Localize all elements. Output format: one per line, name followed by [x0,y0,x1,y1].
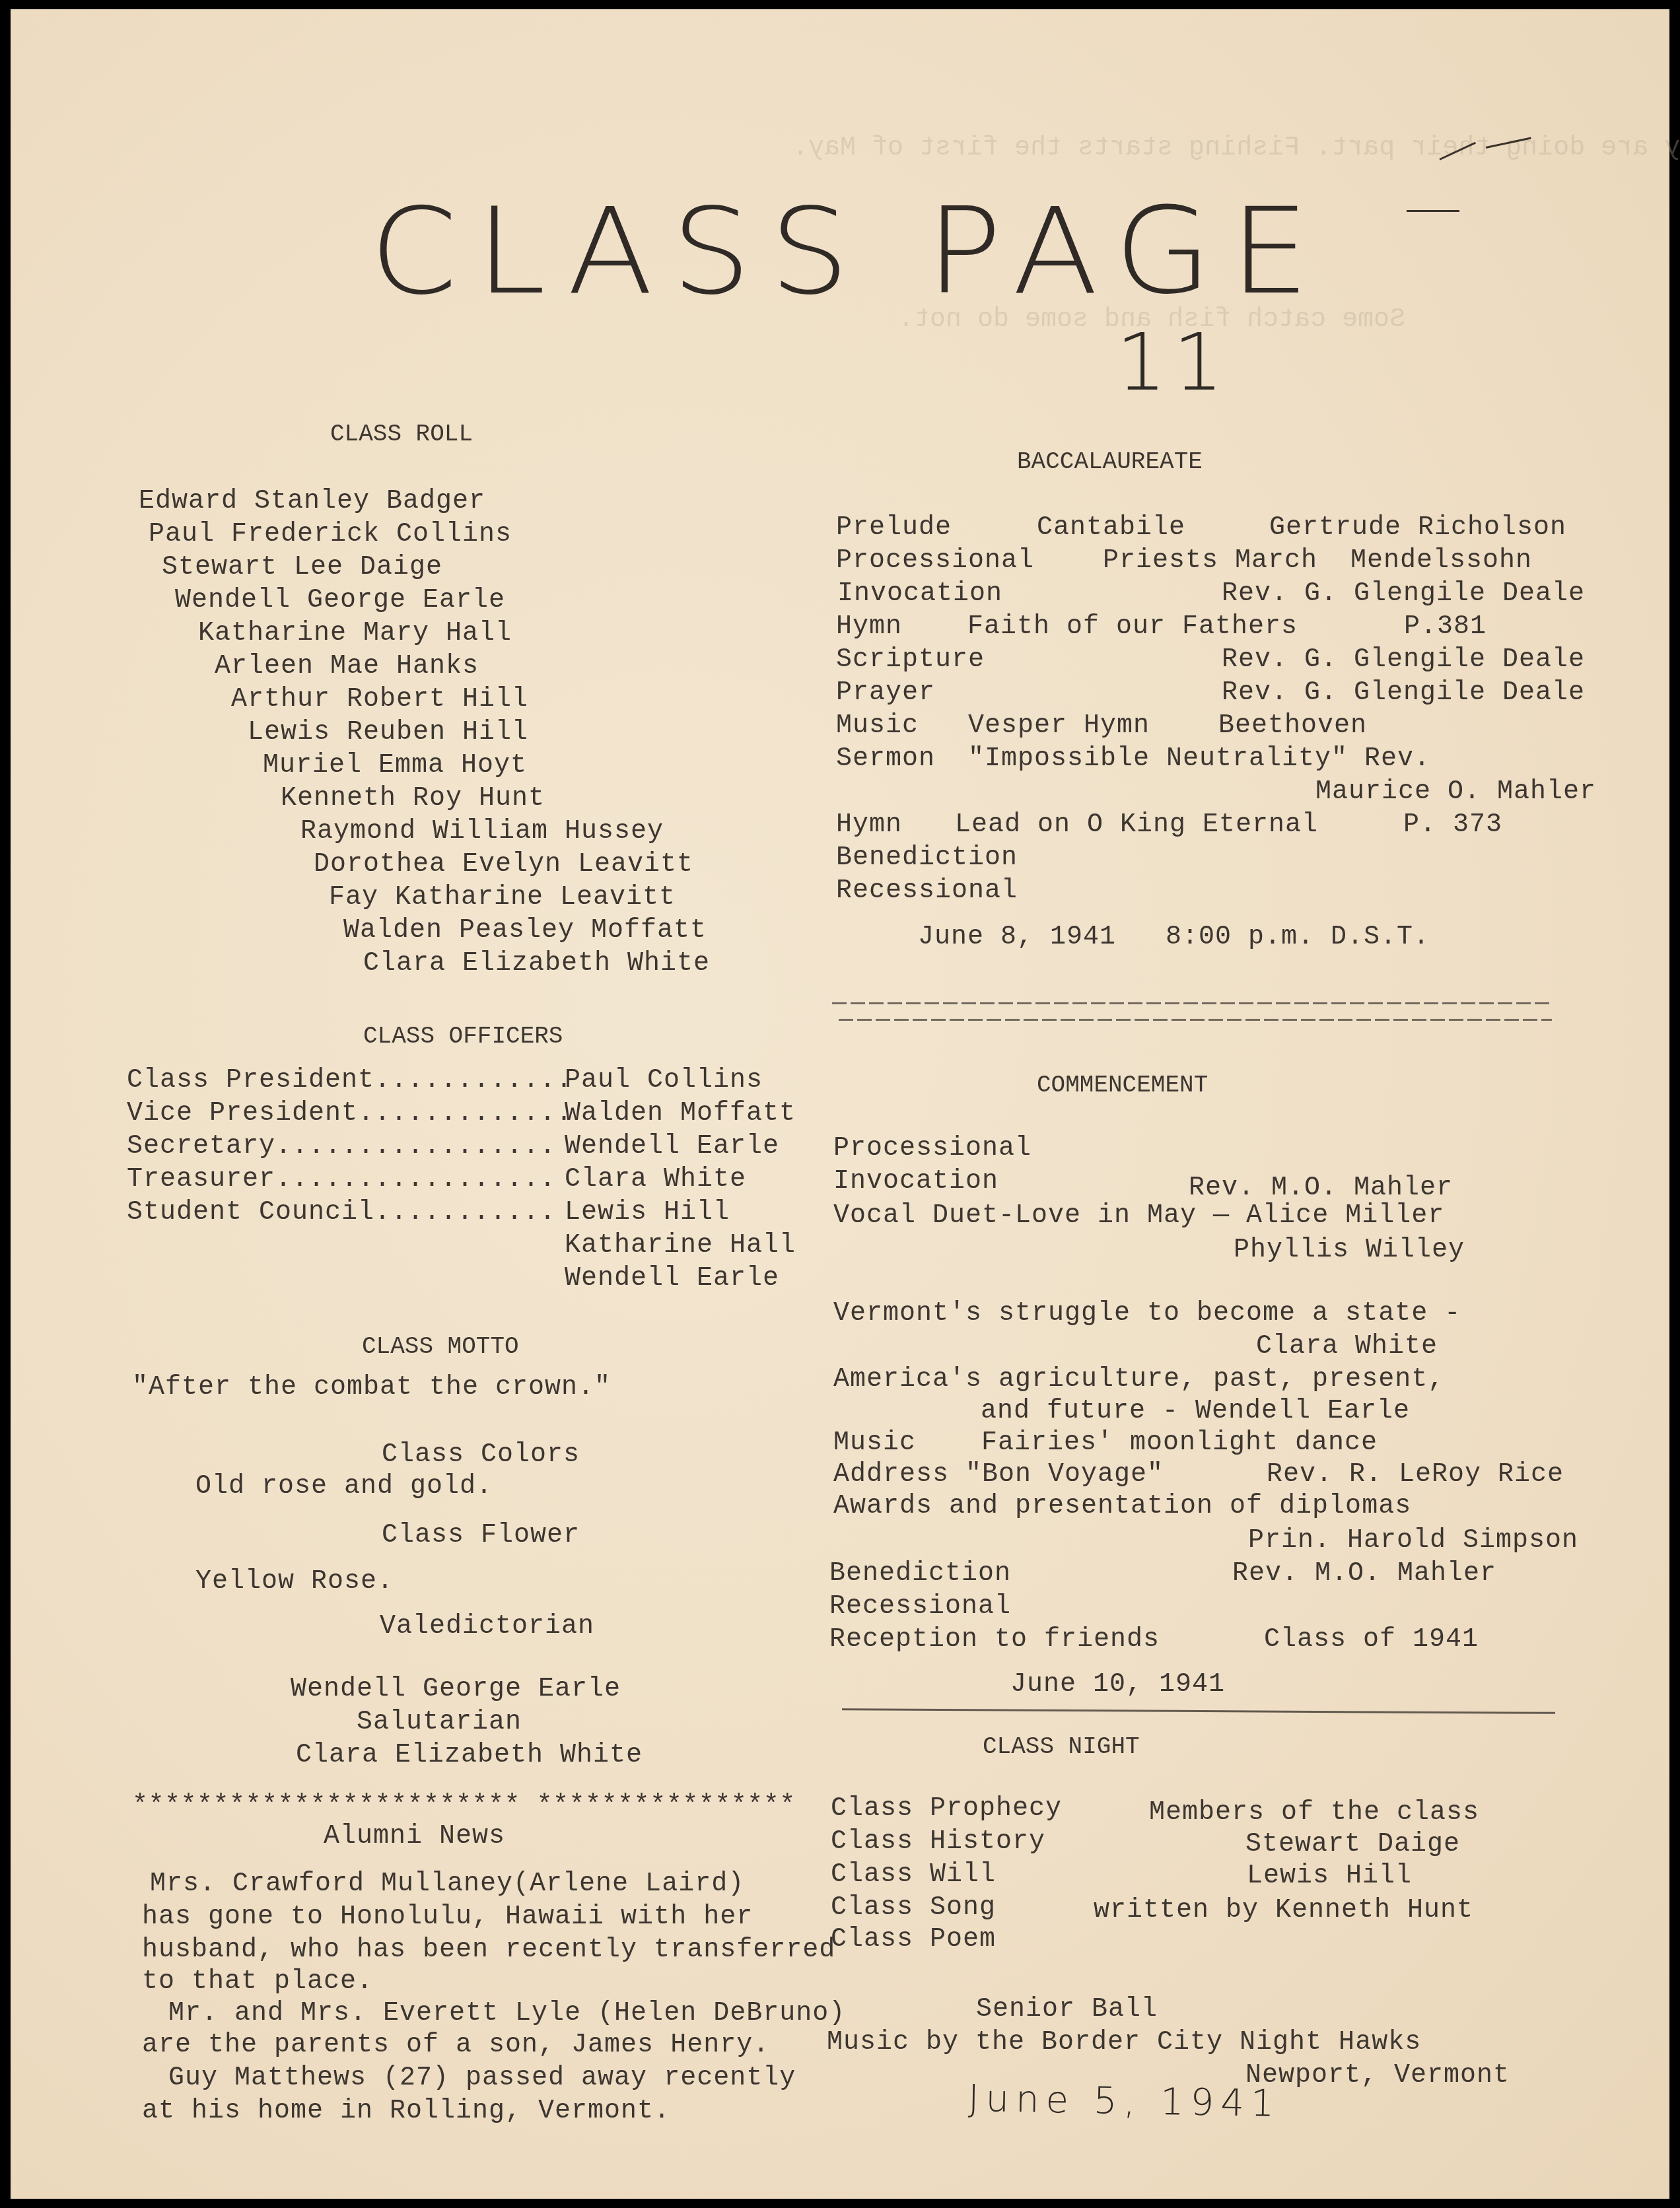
roll-name: Arthur Robert Hill [231,684,528,716]
program-part: Prayer [836,677,935,709]
class-flower-heading: Class Flower [382,1520,580,1552]
commencement-date: June 10, 1941 [1010,1669,1225,1701]
program-by: Clara White [1256,1331,1438,1363]
program-by: Class of 1941 [1264,1624,1479,1656]
program-part: Hymn [836,810,902,841]
alumni-news-line: at his home in Rolling, Vermont. [142,2096,670,2127]
salutatorian-name: Clara Elizabeth White [296,1740,643,1772]
baccalaureate-heading: BACCALAUREATE [1017,446,1203,478]
program-part: Class Prophecy [831,1793,1062,1825]
program-by: written by Kenneth Hunt [1094,1895,1473,1927]
program-by: Gertrude Richolson [1269,512,1566,544]
program-by: Prin. Harold Simpson [1248,1525,1578,1557]
program-by: Beethoven [1218,710,1367,742]
program-by: P. 373 [1403,810,1502,841]
program-by: Rev. M.O. Mahler [1189,1173,1453,1204]
program-by: Mendelssohn [1350,545,1532,577]
program-part: Processional [836,545,1034,577]
officer-name: Clara White [565,1164,746,1196]
program-part: Reception to friends [829,1624,1160,1656]
roll-name: Stewart Lee Daige [162,552,442,584]
salutatorian-heading: Salutarian [357,1707,522,1739]
program-by: Maurice O. Mahler [1315,776,1596,808]
class-officers-heading: CLASS OFFICERS [363,1021,563,1052]
roll-name: Muriel Emma Hoyt [263,750,527,782]
officer-name: Katharine Hall [565,1230,796,1262]
class-colors-heading: Class Colors [382,1439,580,1471]
program-by: Rev. R. LeRoy Rice [1267,1459,1564,1491]
program-by: Lewis Hill [1247,1861,1412,1892]
class-roll-heading: CLASS ROLL [330,419,473,450]
program-by: Rev. G. Glengile Deale [1222,578,1585,610]
class-flower: Yellow Rose. [195,1566,394,1598]
roll-name: Katharine Mary Hall [198,618,512,650]
program-part: Processional [833,1133,1032,1165]
roll-name: Arleen Mae Hanks [215,651,479,683]
program-part: Class Song [831,1892,996,1924]
program-part: Vocal Duet-Love in May — Alice Miller [833,1200,1444,1232]
officer-row: Secretary................. [127,1131,556,1163]
program-part: Vermont's struggle to become a state - [833,1298,1461,1330]
roll-name: Fay Katharine Leavitt [329,882,676,914]
valedictorian-name: Wendell George Earle [291,1674,621,1706]
alumni-news-line: Guy Matthews (27) passed away recently [135,2063,796,2094]
decorative-stroke [1407,210,1459,212]
senior-ball-music: Music by the Border City Night Hawks [827,2027,1421,2059]
program-title: Priests March [1103,545,1317,577]
program-part: and future - Wendell Earle [981,1396,1410,1428]
program-part: Sermon [836,743,935,775]
program-title: "Impossible Neutrality" Rev. [968,743,1430,775]
page-title: CLASS PAGE [370,182,1328,321]
asterisk-divider: ************************ ***************… [132,1791,796,1822]
roll-name: Walden Peasley Moffatt [343,915,707,947]
baccalaureate-date: June 8, 1941 8:00 p.m. D.S.T. [918,922,1430,953]
alumni-news-line: are the parents of a son, James Henry. [142,2030,769,2061]
program-part: Class Poem [831,1924,996,1956]
divider-rule [839,1019,1552,1021]
program-by: Rev. M.O. Mahler [1232,1558,1496,1590]
handwritten-date: June 5, 1941 [967,2077,1281,2125]
program-part: Awards and presentation of diplomas [833,1491,1411,1523]
program-part: America's agriculture, past, present, [833,1364,1444,1396]
program-part: Music [836,710,919,742]
program-by: Members of the class [1149,1797,1479,1829]
roll-name: Paul Frederick Collins [149,519,512,551]
alumni-news-line: to that place. [142,1966,373,1998]
roll-name: Wendell George Earle [175,585,505,617]
program-part: Address "Bon Voyage" [833,1459,1164,1491]
program-part: Hymn [836,611,902,643]
roll-name: Raymond William Hussey [300,816,664,848]
alumni-news-line: has gone to Honolulu, Hawaii with her [142,1902,753,1933]
program-by: Rev. G. Glengile Deale [1222,644,1585,676]
roll-name: Kenneth Roy Hunt [281,783,545,815]
officer-row: Class President............ [127,1065,573,1097]
senior-ball-location: Newport, Vermont [1245,2060,1510,2092]
program-part: Music [833,1428,916,1459]
officer-row: Treasurer................. [127,1164,556,1196]
program-part: Class Will [831,1859,996,1891]
roll-name: Clara Elizabeth White [363,948,710,980]
alumni-news-line: husband, who has been recently transferr… [142,1935,835,1966]
class-colors: Old rose and gold. [195,1471,493,1503]
roll-name: Dorothea Evelyn Leavitt [314,849,693,881]
program-part: Recessional [829,1591,1011,1623]
program-part: Recessional [836,876,1018,907]
commencement-heading: COMMENCEMENT [1037,1070,1208,1101]
page-number: 11 [1116,317,1230,409]
class-night-heading: CLASS NIGHT [983,1731,1140,1763]
class-motto-heading: CLASS MOTTO [362,1331,519,1363]
program-part: Benediction [829,1558,1011,1590]
program-part: Invocation [833,1166,998,1198]
program-part: Benediction [836,843,1018,874]
program-title: Lead on O King Eternal [955,810,1318,841]
alumni-news-line: Mrs. Crawford Mullaney(Arlene Laird) [133,1869,744,1900]
alumni-news-line: Mr. and Mrs. Everett Lyle (Helen DeBruno… [135,1998,845,2030]
program-by: Stewart Daige [1245,1829,1460,1861]
bleed-through-text: the boys daily are doing their part. Fis… [792,132,1680,165]
class-motto: "After the combat the crown." [132,1372,611,1404]
senior-ball-heading: Senior Ball [976,1994,1158,2026]
program-title: Faith of our Fathers [967,611,1298,643]
program-by: Phyllis Willey [1234,1235,1465,1266]
officer-name: Wendell Earle [565,1131,779,1163]
program-by: P.381 [1404,611,1487,643]
program-title: Vesper Hymn [968,710,1150,742]
program-part: Invocation [837,578,1002,610]
program-by: Rev. G. Glengile Deale [1222,677,1585,709]
program-title: Cantabile [1037,512,1185,544]
program-part: Prelude [836,512,952,544]
roll-name: Lewis Reuben Hill [248,717,528,749]
officer-row: Student Council........... [127,1197,556,1229]
alumni-news-heading: Alumni News [324,1821,505,1853]
program-title: Fairies' moonlight dance [981,1428,1378,1459]
officer-row: Vice President............. [127,1098,573,1130]
officer-name: Lewis Hill [565,1197,730,1229]
divider-rule [832,1002,1552,1004]
valedictorian-heading: Valedictorian [380,1611,594,1643]
officer-name: Paul Collins [565,1065,763,1097]
program-part: Scripture [836,644,985,676]
officer-name: Walden Moffatt [565,1098,796,1130]
program-part: Class History [831,1826,1045,1858]
officer-name: Wendell Earle [565,1263,779,1295]
roll-name: Edward Stanley Badger [139,486,485,518]
